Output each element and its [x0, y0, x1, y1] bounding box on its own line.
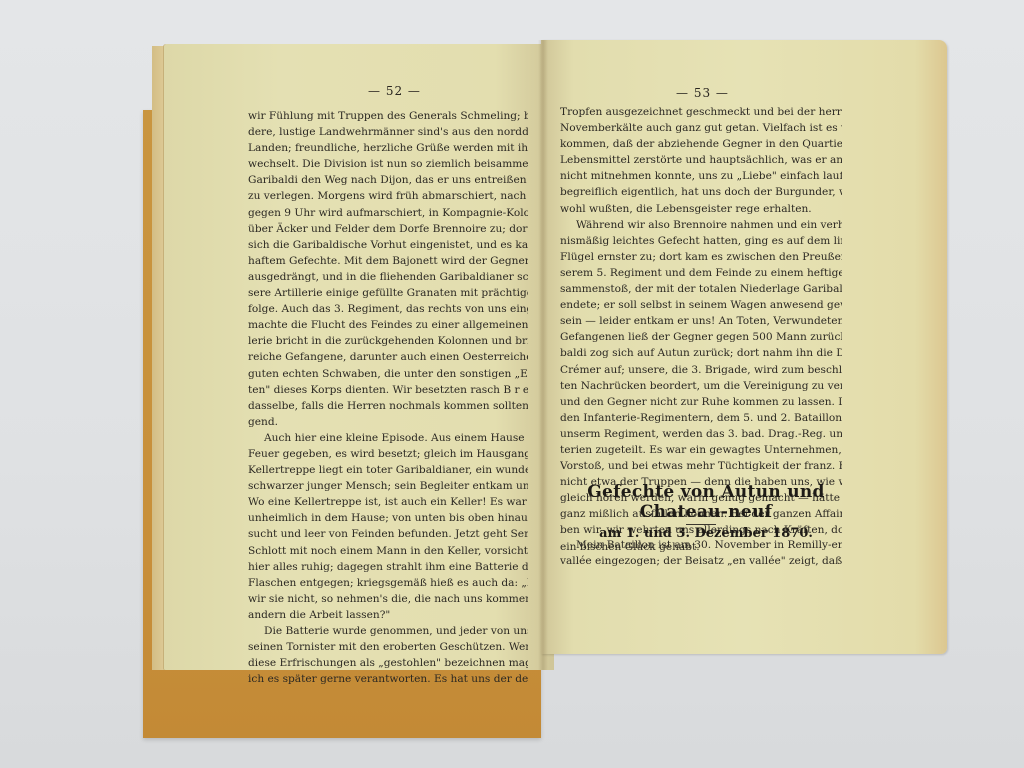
text-line: guten echten Schwaben, die unter den son… — [248, 366, 528, 382]
text-line: wir Fühlung mit Truppen des Generals Sch… — [248, 108, 528, 124]
section-body: Mein Bataillon ist am 30. November in Re… — [560, 537, 842, 569]
text-line: Lebensmittel zerstörte und hauptsächlich… — [560, 152, 842, 168]
text-line: nismäßig leichtes Gefecht hatten, ging e… — [560, 233, 842, 249]
text-line: lerie bricht in die zurückgehenden Kolon… — [248, 333, 528, 349]
text-line: hier alles ruhig; dagegen strahlt ihm ei… — [248, 559, 528, 575]
text-line: Auch hier eine kleine Episode. Aus einem… — [248, 430, 528, 446]
text-line: den Infanterie-Regimentern, dem 5. und 2… — [560, 410, 842, 426]
text-line: dasselbe, falls die Herren nochmals komm… — [248, 398, 528, 414]
text-line: Während wir also Brennoire nahmen und ei… — [560, 217, 842, 233]
text-line: sammenstoß, der mit der totalen Niederla… — [560, 281, 842, 297]
text-line: vallée eingezogen; der Beisatz „en vallé… — [560, 553, 842, 569]
page-number-right: — 53 — — [676, 86, 729, 100]
text-line: gegen 9 Uhr wird aufmarschiert, in Kompa… — [248, 205, 528, 221]
text-line: gend. — [248, 414, 528, 430]
text-line: haftem Gefechte. Mit dem Bajonett wird d… — [248, 253, 528, 269]
text-line: Tropfen ausgezeichnet geschmeckt und bei… — [560, 104, 842, 120]
text-line: unheimlich in dem Hause; von unten bis o… — [248, 510, 528, 526]
section-heading-block: Gefechte von Autun und Chateau-neuf am 1… — [560, 482, 852, 541]
text-line: diese Erfrischungen als „gestohlen" beze… — [248, 655, 528, 671]
text-line: machte die Flucht des Feindes zu einer a… — [248, 317, 528, 333]
text-line: wir sie nicht, so nehmen's die, die nach… — [248, 591, 528, 607]
text-line: unserm Regiment, werden das 3. bad. Drag… — [560, 426, 842, 442]
text-line: Kellertreppe liegt ein toter Garibaldian… — [248, 462, 528, 478]
text-line: ich es später gerne verantworten. Es hat… — [248, 671, 528, 687]
book-gutter — [538, 40, 548, 670]
text-line: Flaschen entgegen; kriegsgemäß hieß es a… — [248, 575, 528, 591]
text-line: schwarzer junger Mensch; sein Begleiter … — [248, 478, 528, 494]
text-line: ten Nachrücken beordert, um die Vereinig… — [560, 378, 842, 394]
text-line: wechselt. Die Division ist nun so ziemli… — [248, 156, 528, 172]
text-line: Wo eine Kellertreppe ist, ist auch ein K… — [248, 494, 528, 510]
text-line: Flügel ernster zu; dort kam es zwischen … — [560, 249, 842, 265]
page-number-left: — 52 — — [368, 84, 421, 98]
heading-rule — [686, 524, 716, 525]
text-line: nicht mitnehmen konnte, uns zu „Liebe" e… — [560, 168, 842, 184]
text-line: baldi zog sich auf Autun zurück; dort na… — [560, 345, 842, 361]
text-line: serem 5. Regiment und dem Feinde zu eine… — [560, 265, 842, 281]
text-line: endete; er soll selbst in seinem Wagen a… — [560, 297, 842, 313]
text-line: wohl wußten, die Lebensgeister rege erha… — [560, 201, 842, 217]
text-line: Die Batterie wurde genommen, und jeder v… — [248, 623, 528, 639]
text-line: Landen; freundliche, herzliche Grüße wer… — [248, 140, 528, 156]
text-line: und den Gegner nicht zur Ruhe kommen zu … — [560, 394, 842, 410]
text-line: begreiflich eigentlich, hat uns doch der… — [560, 184, 842, 200]
text-line: Schlott mit noch einem Mann in den Kelle… — [248, 543, 528, 559]
text-line: ten" dieses Korps dienten. Wir besetzten… — [248, 382, 528, 398]
text-line: Gefangenen ließ der Gegner gegen 500 Man… — [560, 329, 842, 345]
text-line: kommen, daß der abziehende Gegner in den… — [560, 136, 842, 152]
text-line: folge. Auch das 3. Regiment, das rechts … — [248, 301, 528, 317]
text-line: Vorstoß, und bei etwas mehr Tüchtigkeit … — [560, 458, 842, 474]
text-line: dere, lustige Landwehrmänner sind's aus … — [248, 124, 528, 140]
text-line: Crémer auf; unsere, die 3. Brigade, wird… — [560, 362, 842, 378]
text-line: sere Artillerie einige gefüllte Granaten… — [248, 285, 528, 301]
section-heading: Gefechte von Autun und Chateau-neuf — [560, 482, 852, 522]
text-line: Feuer gegeben, es wird besetzt; gleich i… — [248, 446, 528, 462]
text-line: seinen Tornister mit den eroberten Gesch… — [248, 639, 528, 655]
text-line: Novemberkälte auch ganz gut getan. Vielf… — [560, 120, 842, 136]
text-line: zu verlegen. Morgens wird früh abmarschi… — [248, 188, 528, 204]
text-line: Mein Bataillon ist am 30. November in Re… — [560, 537, 842, 553]
text-line: reiche Gefangene, darunter auch einen Oe… — [248, 349, 528, 365]
text-line: ausgedrängt, und in die fliehenden Garib… — [248, 269, 528, 285]
text-line: sich die Garibaldische Vorhut eingeniste… — [248, 237, 528, 253]
text-line: andern die Arbeit lassen?" — [248, 607, 528, 623]
left-page-body: wir Fühlung mit Truppen des Generals Sch… — [248, 108, 528, 687]
text-line: sein — leider entkam er uns! An Toten, V… — [560, 313, 842, 329]
text-line: über Äcker und Felder dem Dorfe Brennoir… — [248, 221, 528, 237]
text-line: sucht und leer von Feinden befunden. Jet… — [248, 526, 528, 542]
text-line: Garibaldi den Weg nach Dijon, das er uns… — [248, 172, 528, 188]
text-line: terien zugeteilt. Es war ein gewagtes Un… — [560, 442, 842, 458]
